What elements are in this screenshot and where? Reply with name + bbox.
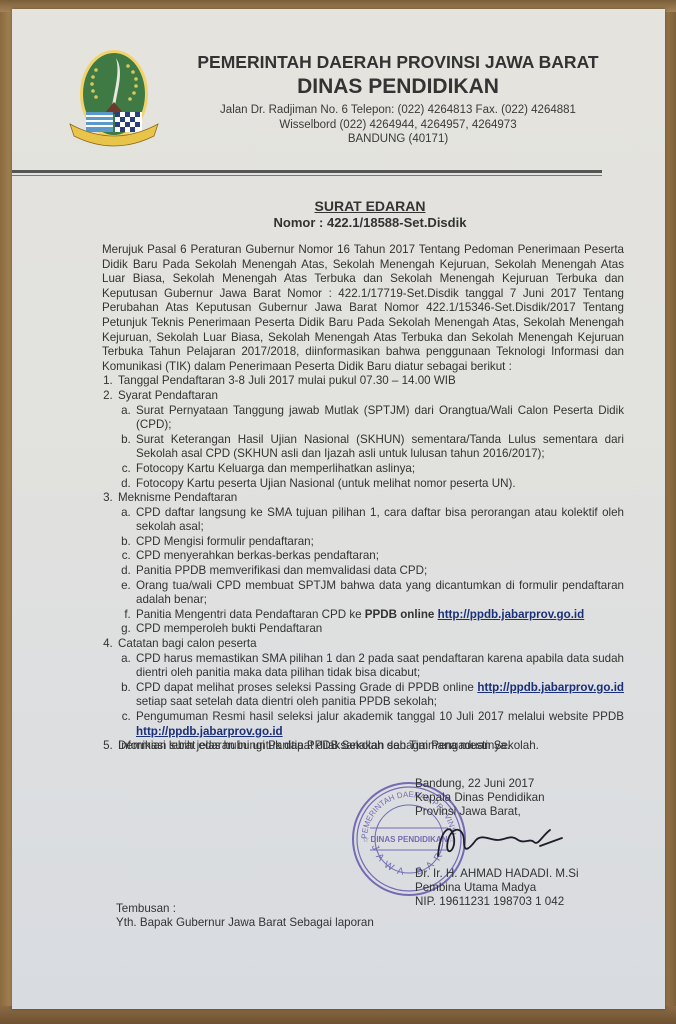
closing-sentence: Demikian surat edaran ini untuk dapat di… <box>118 739 510 752</box>
signer-position: Kepala Dinas Pendidikan <box>415 791 579 805</box>
letter-body: Merujuk Pasal 6 Peraturan Gubernur Nomor… <box>102 243 624 754</box>
list-item: CPD Mengisi formulir pendaftaran; <box>134 535 624 550</box>
carbon-copy-label: Tembusan : <box>116 902 374 916</box>
signer-region: Provinsi Jawa Barat, <box>415 805 579 819</box>
place-date: Bandung, 22 Juni 2017 <box>415 777 579 791</box>
address-line-1: Jalan Dr. Radjiman No. 6 Telepon: (022) … <box>168 103 628 118</box>
list-item: CPD harus memastikan SMA pilihan 1 dan 2… <box>134 652 624 681</box>
item-registration-date: Tanggal Pendaftaran 3-8 Juli 2017 mulai … <box>116 374 624 389</box>
list-item: Surat Keterangan Hasil Ujian Nasional (S… <box>134 433 624 462</box>
letterhead-divider-thin <box>12 175 602 176</box>
main-list: Tanggal Pendaftaran 3-8 Juli 2017 mulai … <box>102 374 624 753</box>
carbon-copy-section: Tembusan : Yth. Bapak Gubernur Jawa Bara… <box>116 902 374 930</box>
letter-heading: SURAT EDARAN <box>100 198 640 215</box>
list-item: CPD dapat melihat proses seleksi Passing… <box>134 681 624 710</box>
mechanism-list: CPD daftar langsung ke SMA tujuan piliha… <box>118 506 624 637</box>
ppdb-link[interactable]: http://ppdb.jabarprov.go.id <box>438 608 585 621</box>
government-name: PEMERINTAH DAERAH PROVINSI JAWA BARAT <box>168 52 628 72</box>
list-item: Fotocopy Kartu Keluarga dan memperlihatk… <box>134 462 624 477</box>
list-item: Panitia PPDB memverifikasi dan memvalida… <box>134 564 624 579</box>
letterhead-divider-thick <box>12 170 602 173</box>
address-line-2: Wisselbord (022) 4264944, 4264957, 42649… <box>168 118 628 133</box>
list-item: Surat Pernyataan Tanggung jawab Mutlak (… <box>134 404 624 433</box>
item-mechanism: Meknisme Pendaftaran CPD daftar langsung… <box>116 491 624 637</box>
ppdb-link[interactable]: http://ppdb.jabarprov.go.id <box>477 681 624 694</box>
list-item: Panitia Mengentri data Pendaftaran CPD k… <box>134 608 624 623</box>
list-item: CPD daftar langsung ke SMA tujuan piliha… <box>134 506 624 535</box>
list-item: CPD memperoleh bukti Pendaftaran <box>134 622 624 637</box>
handwritten-signature-icon <box>430 818 570 862</box>
letter-title: SURAT EDARAN Nomor : 422.1/18588-Set.Dis… <box>100 198 640 231</box>
list-item: Orang tua/wali CPD membuat SPTJM bahwa d… <box>134 579 624 608</box>
signer-name: Dr. Ir. H. AHMAD HADADI. M.Si <box>415 867 579 881</box>
notes-list: CPD harus memastikan SMA pilihan 1 dan 2… <box>118 652 624 740</box>
list-item: Pengumuman Resmi hasil seleksi jalur aka… <box>134 710 624 739</box>
ppdb-link[interactable]: http://ppdb.jabarprov.go.id <box>136 725 283 738</box>
list-item: CPD menyerahkan berkas-berkas pendaftara… <box>134 549 624 564</box>
svg-text:☆: ☆ <box>362 835 369 844</box>
signer-nip: NIP. 19611231 198703 1 042 <box>415 895 579 909</box>
item-requirements: Syarat Pendaftaran Surat Pernyataan Tang… <box>116 389 624 491</box>
carbon-copy-recipient: Yth. Bapak Gubernur Jawa Barat Sebagai l… <box>116 916 374 930</box>
list-item: Fotocopy Kartu peserta Ujian Nasional (u… <box>134 477 624 492</box>
item-notes: Catatan bagi calon peserta CPD harus mem… <box>116 637 624 739</box>
letter-number: Nomor : 422.1/18588-Set.Disdik <box>100 215 640 231</box>
requirements-list: Surat Pernyataan Tanggung jawab Mutlak (… <box>118 404 624 492</box>
signer-rank: Pembina Utama Madya <box>415 881 579 895</box>
agency-name: DINAS PENDIDIKAN <box>168 73 628 101</box>
letterhead: PEMERINTAH DAERAH PROVINSI JAWA BARAT DI… <box>168 52 628 147</box>
intro-paragraph: Merujuk Pasal 6 Peraturan Gubernur Nomor… <box>102 243 624 374</box>
coat-of-arms-icon <box>68 44 160 150</box>
address-line-3: BANDUNG (40171) <box>168 132 628 147</box>
